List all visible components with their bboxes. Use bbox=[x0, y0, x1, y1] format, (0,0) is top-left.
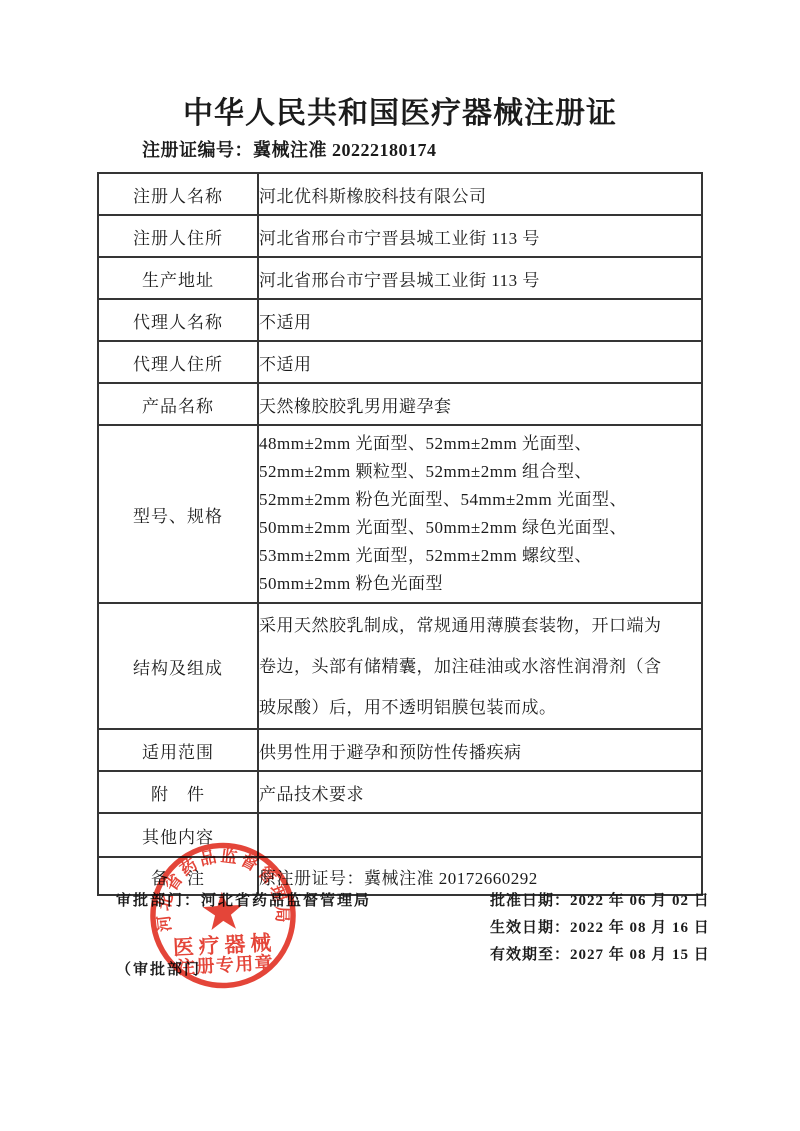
row-value: 河北省邢台市宁晋县城工业街 113 号 bbox=[258, 257, 702, 299]
table-row-composition: 结构及组成 采用天然胶乳制成，常规通用薄膜套装物，开口端为 卷边，头部有储精囊，… bbox=[98, 603, 702, 729]
table-row: 附 件 产品技术要求 bbox=[98, 771, 702, 813]
row-value: 48mm±2mm 光面型、52mm±2mm 光面型、 52mm±2mm 颗粒型、… bbox=[258, 425, 702, 603]
row-value: 供男性用于避孕和预防性传播疾病 bbox=[258, 729, 702, 771]
row-value: 产品技术要求 bbox=[258, 771, 702, 813]
row-label: 附 件 bbox=[98, 771, 258, 813]
row-label: 代理人名称 bbox=[98, 299, 258, 341]
registration-table: 注册人名称 河北优科斯橡胶科技有限公司 注册人住所 河北省邢台市宁晋县城工业街 … bbox=[97, 172, 703, 896]
table-row: 代理人名称 不适用 bbox=[98, 299, 702, 341]
table-row: 产品名称 天然橡胶胶乳男用避孕套 bbox=[98, 383, 702, 425]
table-row: 注册人名称 河北优科斯橡胶科技有限公司 bbox=[98, 173, 702, 215]
page-title: 中华人民共和国医疗器械注册证 bbox=[0, 88, 800, 132]
row-label: 结构及组成 bbox=[98, 603, 258, 729]
star-icon bbox=[202, 891, 244, 931]
row-label: 注册人名称 bbox=[98, 173, 258, 215]
table-row: 生产地址 河北省邢台市宁晋县城工业街 113 号 bbox=[98, 257, 702, 299]
row-label: 产品名称 bbox=[98, 383, 258, 425]
row-value: 河北省邢台市宁晋县城工业街 113 号 bbox=[258, 215, 702, 257]
row-value: 不适用 bbox=[258, 341, 702, 383]
row-value bbox=[258, 813, 702, 857]
table-row-model-spec: 型号、规格 48mm±2mm 光面型、52mm±2mm 光面型、 52mm±2m… bbox=[98, 425, 702, 603]
row-value: 采用天然胶乳制成，常规通用薄膜套装物，开口端为 卷边，头部有储精囊，加注硅油或水… bbox=[258, 603, 702, 729]
row-label: 型号、规格 bbox=[98, 425, 258, 603]
row-value: 天然橡胶胶乳男用避孕套 bbox=[258, 383, 702, 425]
row-value: 河北优科斯橡胶科技有限公司 bbox=[258, 173, 702, 215]
row-label: 注册人住所 bbox=[98, 215, 258, 257]
dates-block: 批准日期：2022 年 06 月 02 日 生效日期：2022 年 08 月 1… bbox=[490, 888, 710, 969]
certificate-page: 中华人民共和国医疗器械注册证 注册证编号：冀械注准 20222180174 注册… bbox=[0, 0, 800, 1131]
approval-date: 批准日期：2022 年 06 月 02 日 bbox=[490, 888, 710, 915]
row-value: 不适用 bbox=[258, 299, 702, 341]
expiry-date: 有效期至：2027 年 08 月 15 日 bbox=[490, 942, 710, 969]
row-label: 代理人住所 bbox=[98, 341, 258, 383]
table-row: 适用范围 供男性用于避孕和预防性传播疾病 bbox=[98, 729, 702, 771]
row-label: 生产地址 bbox=[98, 257, 258, 299]
row-label: 适用范围 bbox=[98, 729, 258, 771]
effective-date: 生效日期：2022 年 08 月 16 日 bbox=[490, 915, 710, 942]
table-row: 代理人住所 不适用 bbox=[98, 341, 702, 383]
certificate-number: 注册证编号：冀械注准 20222180174 bbox=[142, 136, 437, 162]
table-row: 注册人住所 河北省邢台市宁晋县城工业街 113 号 bbox=[98, 215, 702, 257]
official-stamp-icon: 河北省药品监督管理局 医疗器械 注册专用章 bbox=[142, 836, 304, 995]
